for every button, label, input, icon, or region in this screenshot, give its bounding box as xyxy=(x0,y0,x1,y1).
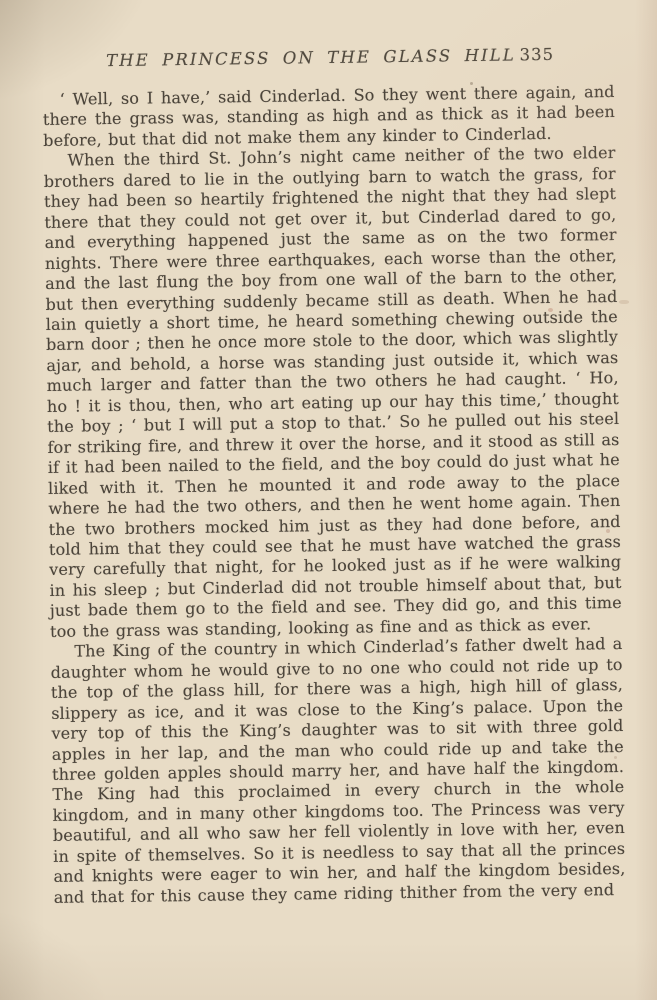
body-text: ‘ Well, so I have,’ said Cinderlad. So t… xyxy=(43,82,626,908)
paragraph-3: The King of the country in which Cinderl… xyxy=(50,634,626,908)
foxing-speck xyxy=(619,300,629,304)
page-number: 335 xyxy=(519,45,554,64)
page-header: THE PRINCESS ON THE GLASS HILL 335 xyxy=(42,44,614,76)
page-content: THE PRINCESS ON THE GLASS HILL 335 ‘ Wel… xyxy=(42,44,626,908)
paragraph-1: ‘ Well, so I have,’ said Cinderlad. So t… xyxy=(43,82,616,151)
book-page: THE PRINCESS ON THE GLASS HILL 335 ‘ Wel… xyxy=(0,0,657,1000)
running-title: THE PRINCESS ON THE GLASS HILL xyxy=(106,45,516,70)
paragraph-2: When the third St. John’s night came nei… xyxy=(43,143,622,642)
